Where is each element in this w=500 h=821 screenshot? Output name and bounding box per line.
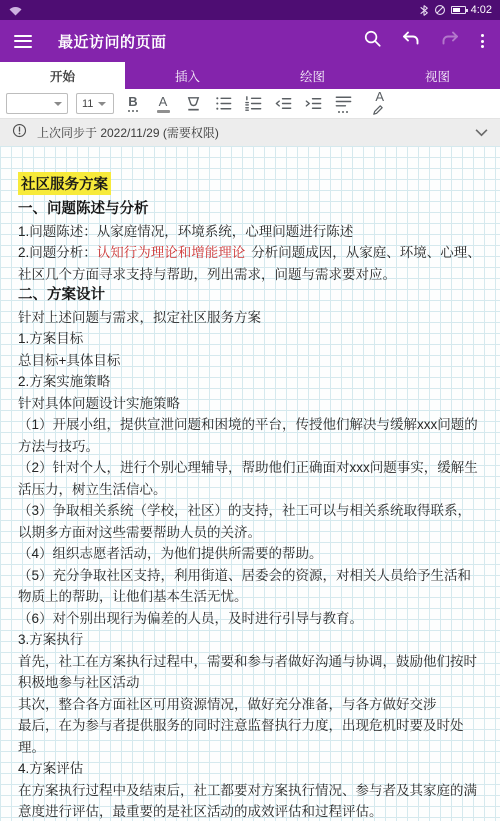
tab-home[interactable]: 开始 <box>0 62 125 89</box>
overflow-menu-icon[interactable] <box>479 32 486 50</box>
outdent-button[interactable] <box>272 94 294 113</box>
font-family-select[interactable] <box>6 93 68 114</box>
note-paragraph[interactable]: 最后，在为参与者提供服务的同时注意监督执行力度，出现危机时要及时处理。 <box>18 715 484 758</box>
tab-view[interactable]: 视图 <box>375 62 500 89</box>
caret-down-icon <box>54 102 62 106</box>
note-paragraph[interactable]: 2.方案实施策略 <box>18 371 484 393</box>
font-size-value: 11 <box>82 98 93 110</box>
tab-insert[interactable]: 插入 <box>125 62 250 89</box>
analysis-theory-emphasis: 认知行为理论和增能理论 <box>97 245 246 260</box>
note-paragraph[interactable]: 其次，整合各方面社区可用资源情况，做好充分准备，与各方做好交涉 <box>18 694 484 716</box>
app-bar: 最近访问的页面 <box>0 20 500 62</box>
font-size-select[interactable]: 11 <box>76 93 114 114</box>
page-title: 最近访问的页面 <box>58 31 167 52</box>
outdent-icon <box>274 94 293 113</box>
indent-button[interactable] <box>302 94 324 113</box>
note-heading[interactable]: 一、问题陈述与分析 <box>18 199 484 221</box>
note-paragraph[interactable]: 3.方案执行 <box>18 629 484 651</box>
note-editor-canvas[interactable]: 社区服务方案 一、问题陈述与分析 1.问题陈述：从家庭情况，环境系统，心理问题进… <box>0 146 500 821</box>
note-paragraph[interactable]: 1.问题陈述：从家庭情况，环境系统，心理问题进行陈述 <box>18 221 484 243</box>
formatting-toolbar: 11 B A A <box>0 89 500 119</box>
numbered-list-icon <box>244 94 263 113</box>
note-paragraph[interactable]: （4）组织志愿者活动，为他们提供所需要的帮助。 <box>18 543 484 565</box>
note-paragraph[interactable]: （1）开展小组，提供宣泄问题和困境的平台，传授他们解决与缓解xxx问题的方法与技… <box>18 414 484 457</box>
style-letter-icon: A <box>375 90 384 103</box>
redo-icon[interactable] <box>440 29 460 54</box>
note-title-highlighted[interactable]: 社区服务方案 <box>18 172 111 195</box>
wifi-icon <box>8 4 23 17</box>
more-options-dots-icon <box>338 111 348 113</box>
status-clock: 4:02 <box>471 4 492 16</box>
bold-icon: B <box>128 95 137 108</box>
note-heading[interactable]: 二、方案设计 <box>18 285 484 307</box>
status-bar: 4:02 <box>0 0 500 20</box>
note-paragraph[interactable]: （5）充分争取社区支持，利用街道、居委会的资源，对相关人员给予生活和物质上的帮助… <box>18 565 484 608</box>
pen-icon <box>371 104 384 117</box>
note-paragraph[interactable]: 针对上述问题与需求，拟定社区服务方案 <box>18 307 484 329</box>
bullet-list-icon <box>214 94 233 113</box>
search-icon[interactable] <box>363 29 382 53</box>
ribbon-tab-bar: 开始 插入 绘图 视图 <box>0 62 500 89</box>
note-paragraph-analysis[interactable]: 2.问题分析：认知行为理论和增能理论分析问题成因，从家庭、环境、心理、社区几个方… <box>18 242 484 285</box>
hamburger-menu-icon[interactable] <box>14 35 32 48</box>
color-swatch-bar <box>157 110 170 113</box>
note-paragraph[interactable]: （3）争取相关系统（学校，社区）的支持，社工可以与相关系统取得联系，以期多方面对… <box>18 500 484 543</box>
sync-warning-icon <box>12 123 27 143</box>
highlighter-icon <box>184 94 203 113</box>
bluetooth-icon <box>419 4 429 17</box>
caret-down-icon <box>98 102 106 106</box>
mute-icon <box>434 4 446 16</box>
undo-icon[interactable] <box>401 29 421 54</box>
bold-button[interactable]: B <box>122 95 144 112</box>
note-paragraph[interactable]: 针对具体问题设计实施策略 <box>18 393 484 415</box>
note-paragraph[interactable]: 4.方案评估 <box>18 758 484 780</box>
more-options-dots-icon <box>128 110 138 112</box>
note-paragraph[interactable]: 在方案执行过程中及结束后，社工都要对方案执行情况、参与者及其家庭的满意度进行评估… <box>18 780 484 821</box>
font-color-button[interactable]: A <box>152 95 174 113</box>
numbered-list-button[interactable] <box>242 94 264 113</box>
highlighter-button[interactable] <box>182 94 204 113</box>
paragraph-format-button[interactable] <box>332 94 354 113</box>
sync-status-bar[interactable]: 上次同步于 2022/11/29 (需要权限) <box>0 119 500 146</box>
font-color-icon: A <box>159 95 168 108</box>
note-paragraph[interactable]: 首先，社工在方案执行过程中，需要和参与者做好沟通与协调，鼓励他们按时积极地参与社… <box>18 651 484 694</box>
tab-draw[interactable]: 绘图 <box>250 62 375 89</box>
chevron-down-icon[interactable] <box>475 124 488 142</box>
note-paragraph[interactable]: （2）针对个人，进行个别心理辅导，帮助他们正确面对xxx问题事实，缓解生活压力，… <box>18 457 484 500</box>
text-style-button[interactable]: A <box>362 90 384 117</box>
paragraph-lines-icon <box>334 94 353 109</box>
note-paragraph[interactable]: 总目标+具体目标 <box>18 350 484 372</box>
indent-icon <box>304 94 323 113</box>
sync-status-text: 上次同步于 2022/11/29 (需要权限) <box>37 124 219 141</box>
note-paragraph[interactable]: 1.方案目标 <box>18 328 484 350</box>
bullet-list-button[interactable] <box>212 94 234 113</box>
note-paragraph[interactable]: （6）对个别出现行为偏差的人员，及时进行引导与教育。 <box>18 608 484 630</box>
battery-icon <box>451 6 466 14</box>
analysis-prefix: 2.问题分析： <box>18 245 97 260</box>
